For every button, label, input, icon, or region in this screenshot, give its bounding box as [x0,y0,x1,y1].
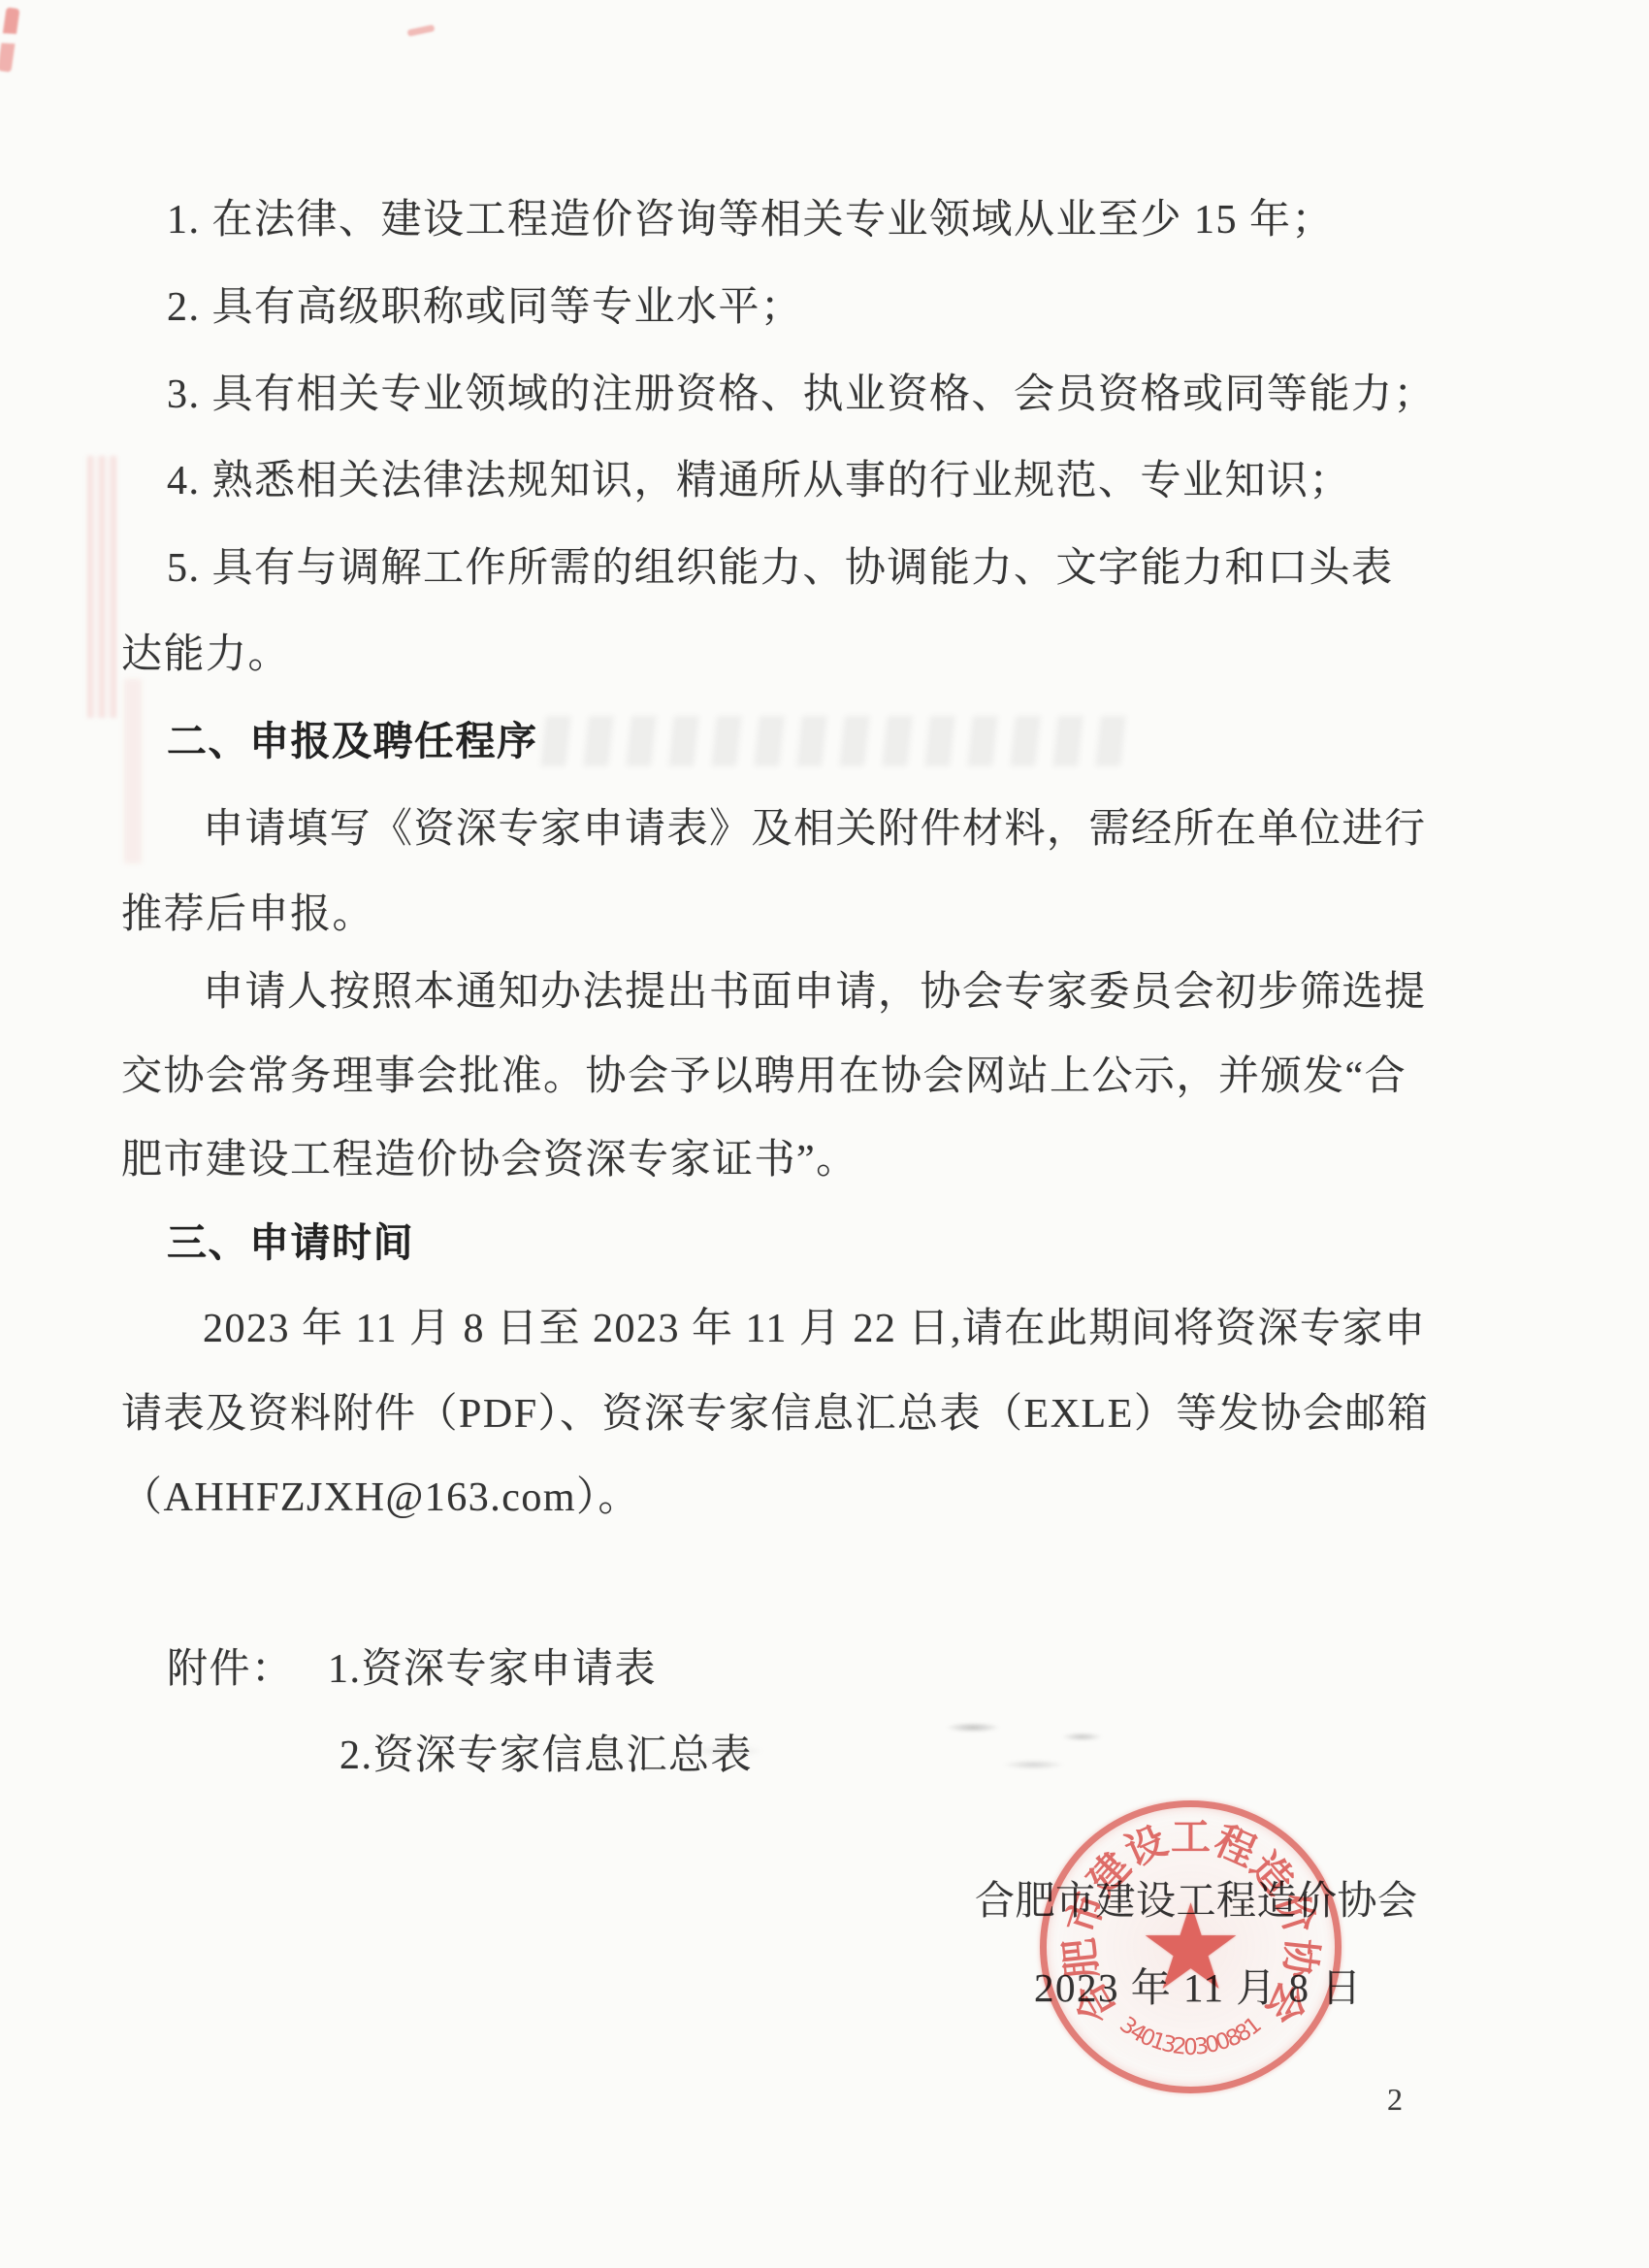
scan-artifact-red-mark [0,7,20,72]
attachment-item-2: 2.资深专家信息汇总表 [339,1733,753,1779]
scan-artifact-bleedthrough [540,716,1137,766]
section2-para1-line1: 申请填写《资深专家申请表》及相关附件材料，需经所在单位进行 [203,806,1427,853]
section3-para-line1: 2023 年 11 月 8 日至 2023 年 11 月 22 日,请在此期间将… [203,1306,1426,1352]
scan-artifact-pink-streak [87,456,116,718]
seal-star-icon: ★ [1138,1878,1244,2016]
section2-para2-line3: 肥市建设工程造价协会资深专家证书”。 [121,1137,858,1183]
attachments-label: 附件： [167,1646,294,1693]
qualification-item-5-wrap: 达能力。 [121,632,290,678]
attachment-item-1: 1.资深专家申请表 [328,1646,657,1693]
scan-artifact-pink-streak-2 [124,679,142,863]
qualification-item-4: 4. 熟悉相关法律法规知识，精通所从事的行业规范、专业知识； [167,458,1351,504]
section2-para2-line1: 申请人按照本通知办法提出书面申请，协会专家委员会初步筛选提 [203,969,1427,1016]
section2-para1-line2: 推荐后申报。 [121,891,374,938]
scanned-document-page: 1. 在法律、建设工程造价咨询等相关专业领域从业至少 15 年； 2. 具有高级… [0,0,1649,2268]
qualification-item-3: 3. 具有相关专业领域的注册资格、执业资格、会员资格或同等能力； [167,372,1436,418]
section3-para-line2: 请表及资料附件（PDF）、资深专家信息汇总表（EXLE）等发协会邮箱 [121,1391,1429,1438]
scan-artifact-smudge [900,1715,1143,1777]
section3-heading: 三、申请时间 [167,1220,414,1266]
scan-artifact-red-dash [407,24,436,37]
section2-heading: 二、申报及聘任程序 [167,719,538,764]
page-number: 2 [1387,2082,1403,2118]
qualification-item-1: 1. 在法律、建设工程造价咨询等相关专业领域从业至少 15 年； [167,197,1334,243]
qualification-item-5: 5. 具有与调解工作所需的组织能力、协调能力、文字能力和口头表 [167,545,1394,592]
section3-para-line3: （AHHFZJXH@163.com）。 [121,1474,640,1521]
official-seal: ★ 合肥市建设工程造价协会 3401320300881 [1040,1800,1342,2093]
section2-para2-line2: 交协会常务理事会批准。协会予以聘用在协会网站上公示，并颁发“合 [121,1053,1406,1100]
qualification-item-2: 2. 具有高级职称或同等专业水平； [167,284,803,331]
